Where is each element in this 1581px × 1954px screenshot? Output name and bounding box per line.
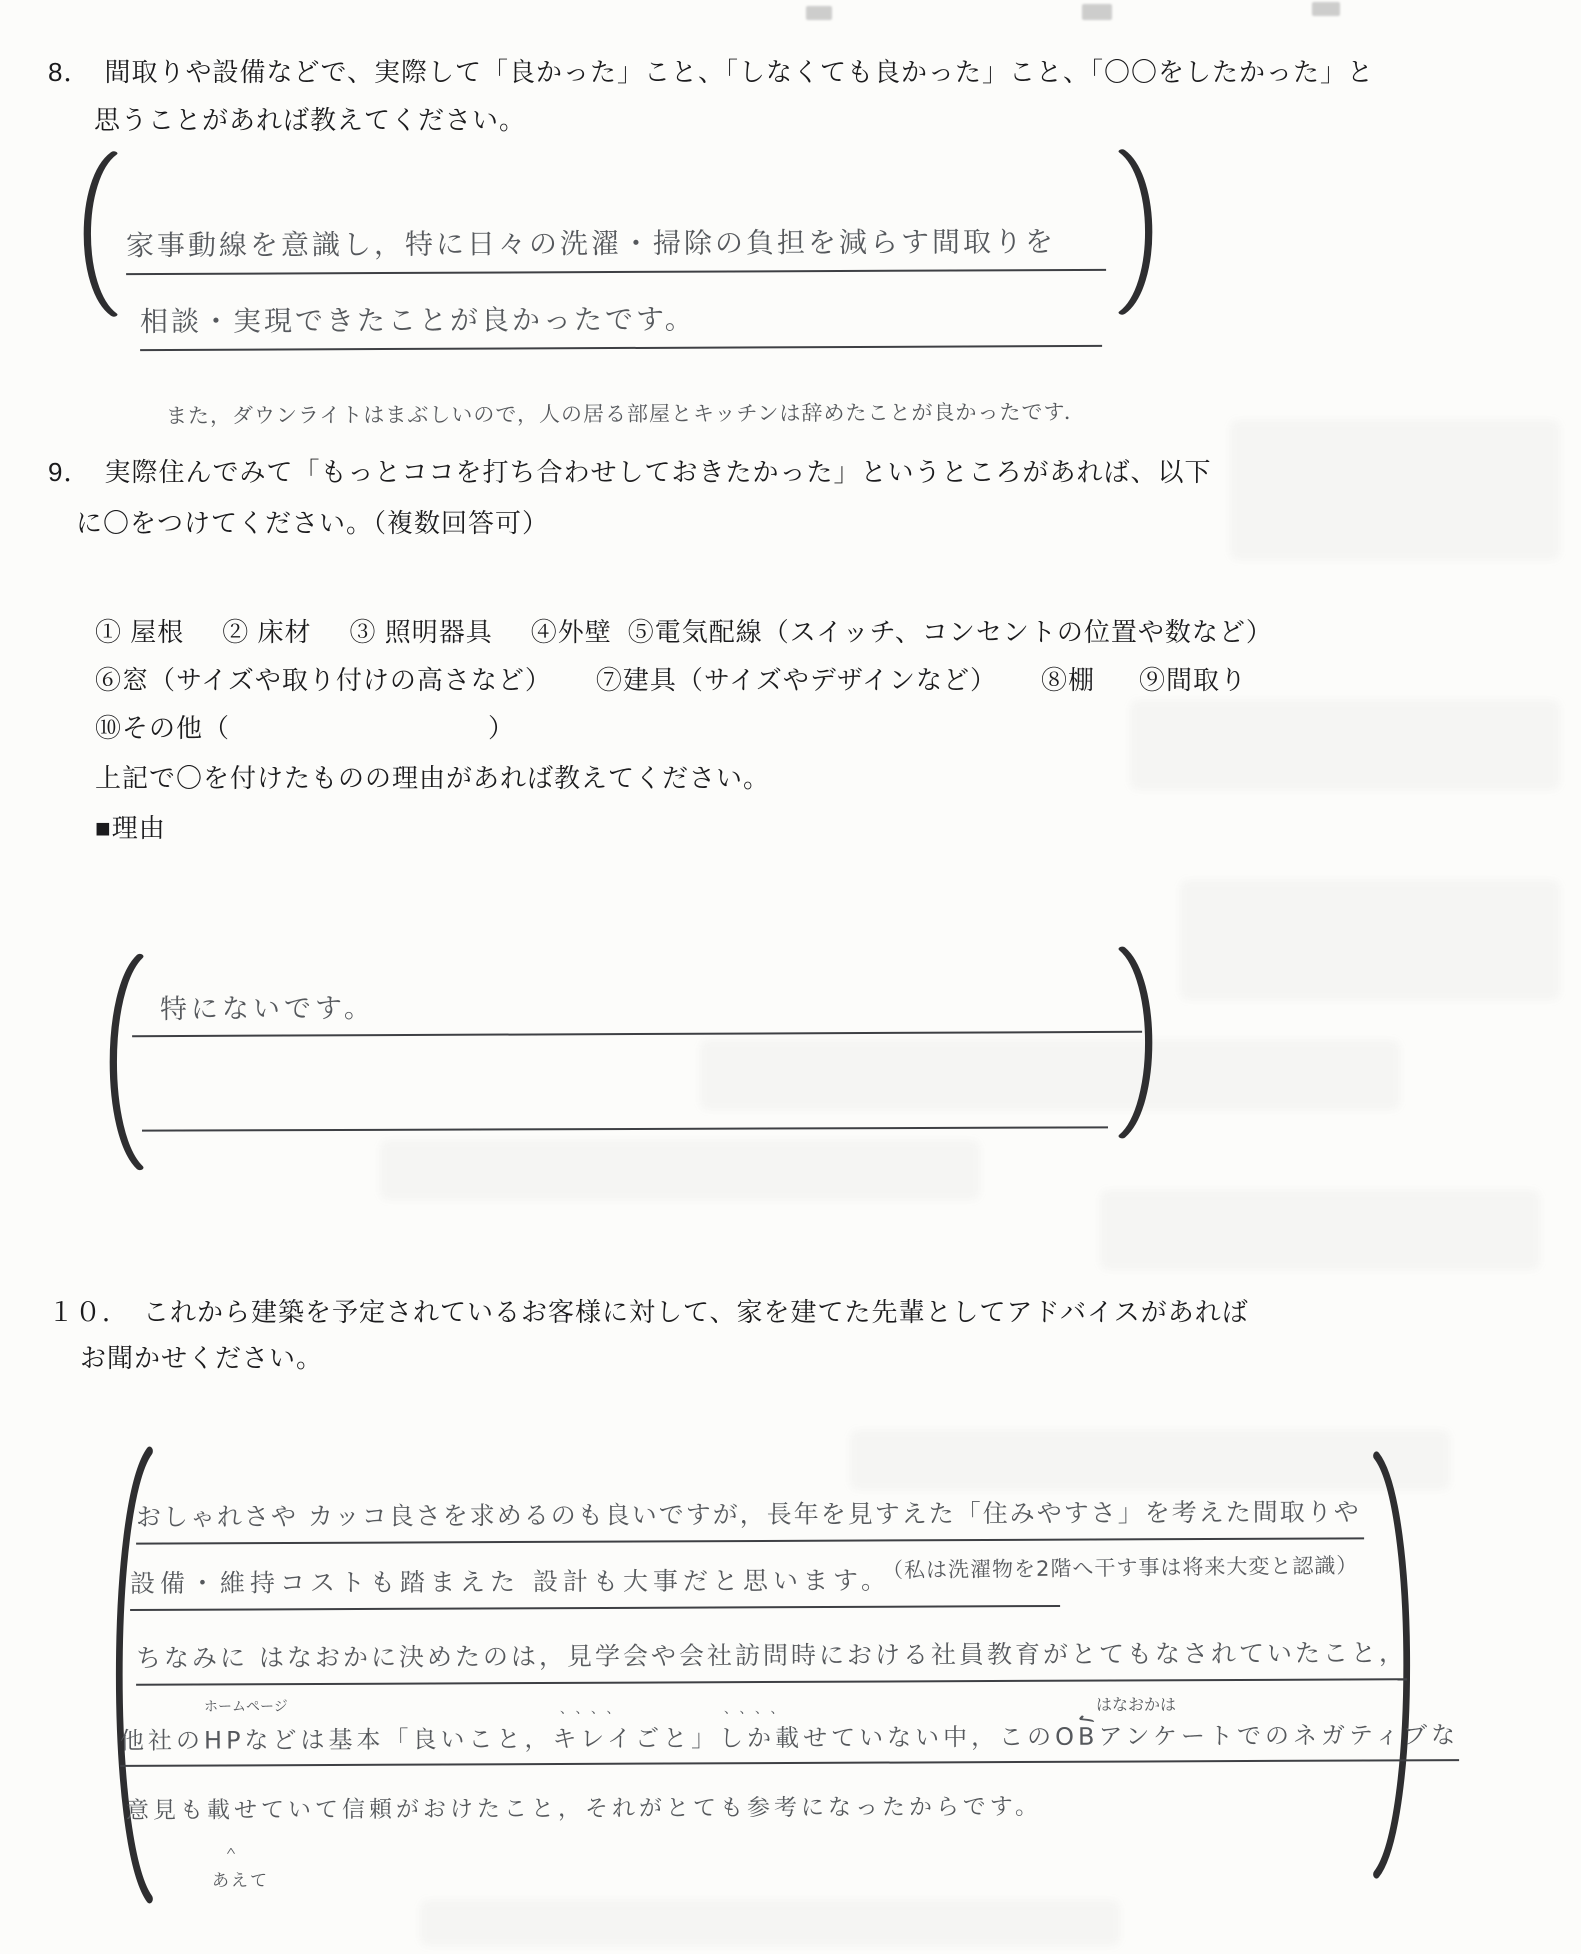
q10-answer-line5: 意見も載せていて信頼がおけたこと，それがとても参考になったからです。 xyxy=(126,1788,1042,1825)
question-8-text: 間取りや設備などで、実際して「良かった」こと、「しなくても良かった」こと、「〇〇… xyxy=(104,57,1373,87)
q10-annotation-hanaoka: はなおかは xyxy=(1096,1692,1176,1715)
question-9-line2: に〇をつけてください。（複数回答可） xyxy=(76,503,549,540)
answer-bracket-right xyxy=(1118,148,1170,316)
q9-option-10-close: ） xyxy=(488,713,515,743)
scan-bleed-artifact xyxy=(380,1140,980,1200)
q9-instruction: 上記で〇を付けたものの理由があれば教えてください。 xyxy=(95,758,770,795)
scan-bleed-artifact xyxy=(850,1430,1450,1490)
scan-bleed-artifact xyxy=(1180,880,1560,1000)
q10-answer-line4: 他社のHPなどは基本「良いこと，キレイごと」しか載せていない中，このOBアンケー… xyxy=(120,1715,1459,1767)
question-10-number: １０． xyxy=(48,1292,129,1329)
scan-bleed-artifact xyxy=(1230,420,1560,560)
scan-bleed-artifact xyxy=(700,1040,1400,1110)
scan-bleed-artifact xyxy=(1130,700,1560,790)
q9-reason-label: ■理由 xyxy=(95,808,166,845)
q9-options-row1: ① 屋根② 床材③ 照明器具④外壁⑤電気配線（スイッチ、コンセントの位置や数など… xyxy=(95,612,1273,649)
q9-option-2: ② 床材 xyxy=(222,612,311,649)
question-10-text: これから建築を予定されているお客様に対して、家を建てた先輩としてアドバイスがあれ… xyxy=(143,1297,1249,1327)
q10-answer-line2-note: （私は洗濯物を2階へ干す事は将来大変と認識） xyxy=(882,1550,1359,1585)
scan-speck xyxy=(1082,4,1112,20)
question-9-line1: 9．実際住んでみて「もっとココを打ち合わせしておきたかった」というところがあれば… xyxy=(48,452,1211,489)
q10-answer-line1: おしゃれさや カッコ良さを求めるのも良いですが，長年を見すえた「住みやすさ」を考… xyxy=(136,1492,1364,1544)
q9-option-6: ⑥窓（サイズや取り付けの高さなど） xyxy=(95,660,552,697)
q9-option-5: ⑤電気配線（スイッチ、コンセントの位置や数など） xyxy=(628,612,1273,649)
q9-option-9: ⑨間取り xyxy=(1139,660,1247,697)
answer-bracket-right xyxy=(1118,945,1170,1140)
q9-option-4: ④外壁 xyxy=(531,612,612,649)
scan-speck xyxy=(806,6,832,20)
scanned-questionnaire-page: 8．間取りや設備などで、実際して「良かった」こと、「しなくても良かった」こと、「… xyxy=(0,0,1581,1954)
q9-option-1: ① 屋根 xyxy=(95,612,184,649)
q9-answer-empty-line xyxy=(142,1126,1108,1131)
question-10-line1: １０．これから建築を予定されているお客様に対して、家を建てた先輩としてアドバイス… xyxy=(48,1292,1249,1329)
question-8-line1: 8．間取りや設備などで、実際して「良かった」こと、「しなくても良かった」こと、「… xyxy=(48,52,1374,89)
q8-answer-line2: 相談・実現できたことが良かったです。 xyxy=(140,296,1102,351)
question-9-number: 9． xyxy=(48,452,90,489)
q10-annotation-homepage: ホームページ xyxy=(204,1696,288,1716)
answer-bracket-left xyxy=(92,952,144,1172)
q10-answer-line3: ちなみに はなおかに決めたのは，見学会や会社訪問時における社員教育がとてもなされ… xyxy=(136,1633,1407,1686)
q9-options-row3: ⑩その他（） xyxy=(95,708,515,745)
q9-answer: 特にないです。 xyxy=(132,983,1142,1037)
question-10-line2: お聞かせください。 xyxy=(80,1338,323,1375)
q9-option-8: ⑧棚 xyxy=(1041,660,1095,697)
q9-options-row2: ⑥窓（サイズや取り付けの高さなど）⑦建具（サイズやデザインなど）⑧棚⑨間取り xyxy=(95,660,1247,697)
q10-annotation-emphasis-dots: 、、、、 xyxy=(560,1698,629,1717)
q9-option-10: ⑩その他（ xyxy=(95,713,230,743)
q10-annotation-insertion-caret: ＾ xyxy=(222,1838,240,1864)
question-9-text: 実際住んでみて「もっとココを打ち合わせしておきたかった」というところがあれば、以… xyxy=(104,457,1211,487)
q9-option-3: ③ 照明器具 xyxy=(349,612,492,649)
q8-answer-note: また，ダウンライトはまぶしいので，人の居る部屋とキッチンは辞めたことが良かったで… xyxy=(166,396,1086,430)
scan-speck xyxy=(1312,2,1340,16)
q8-answer-line1: 家事動線を意識し，特に日々の洗濯・掃除の負担を減らす間取りを xyxy=(126,220,1106,275)
q10-annotation-emphasis-dots: 、、、、 xyxy=(724,1698,793,1717)
scan-bleed-artifact xyxy=(1100,1190,1540,1270)
question-8-line2: 思うことがあれば教えてください。 xyxy=(94,100,526,137)
q10-annotation-aete: あえて xyxy=(212,1866,269,1891)
answer-bracket-left xyxy=(66,150,118,318)
question-8-number: 8． xyxy=(48,52,90,89)
q9-option-7: ⑦建具（サイズやデザインなど） xyxy=(596,660,997,697)
scan-bleed-artifact xyxy=(420,1900,1120,1946)
